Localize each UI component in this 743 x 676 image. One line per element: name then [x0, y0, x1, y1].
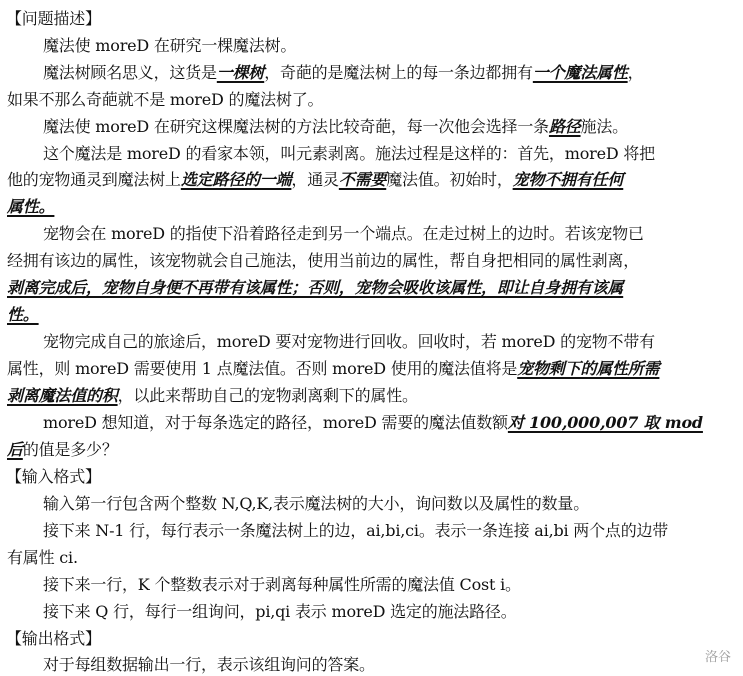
- luogu-watermark: 洛谷: [705, 646, 731, 665]
- emphasis: 宠物不拥有任何: [513, 170, 624, 189]
- paragraph-cont: 经拥有该边的属性，该宠物就会自己施法，使用当前边的属性，帮自身把相同的属性剥离，: [7, 248, 639, 274]
- emphasis: 不需要: [339, 170, 386, 189]
- emphasis: 后: [7, 440, 23, 459]
- emphasis: 剥离魔法值的积: [7, 386, 118, 405]
- paragraph-cont: 剥离完成后，宠物自身便不再带有该属性；否则，宠物会吸收该属性，即让自身拥有该属: [7, 275, 623, 301]
- paragraph: 接下来一行，K 个整数表示对于剥离每种属性所需的魔法值 Cost i。: [43, 572, 521, 598]
- paragraph: 接下来 N-1 行，每行表示一条魔法树上的边，ai,bi,ci。表示一条连接 a…: [43, 518, 668, 544]
- paragraph: 对于每组数据输出一行，表示该组询问的答案。: [43, 652, 375, 676]
- paragraph-cont: 有属性 ci.: [7, 545, 78, 571]
- paragraph: 输入第一行包含两个整数 N,Q,K,表示魔法树的大小，询问数以及属性的数量。: [43, 491, 589, 517]
- emphasis: 选定路径的一端: [181, 170, 292, 189]
- heading-input-format: 【输入格式】: [6, 464, 101, 490]
- paragraph-cont: 属性，则 moreD 需要使用 1 点魔法值。否则 moreD 使用的魔法值将是…: [7, 356, 659, 382]
- paragraph: 魔法树顾名思义，这货是一棵树，奇葩的是魔法树上的每一条边都拥有一个魔法属性，: [43, 60, 643, 86]
- emphasis: 对 100,000,007 取 mod: [508, 413, 703, 432]
- emphasis: 一个魔法属性: [533, 63, 628, 82]
- emphasis: 宠物剩下的属性所需: [517, 359, 659, 378]
- emphasis: 剥离完成后，宠物自身便不再带有该属性；否则，宠物会吸收该属性，即让自身拥有该属: [7, 278, 623, 297]
- emphasis: 路径: [549, 117, 581, 136]
- paragraph: 魔法使 moreD 在研究一棵魔法树。: [43, 33, 296, 59]
- emphasis: 一棵树: [217, 63, 264, 82]
- heading-description: 【问题描述】: [6, 6, 101, 32]
- paragraph: 接下来 Q 行，每行一组询问，pi,qi 表示 moreD 选定的施法路径。: [43, 599, 517, 625]
- paragraph-cont: 剥离魔法值的积，以此来帮助自己的宠物剥离剩下的属性。: [7, 383, 418, 409]
- emphasis: 属性。: [7, 197, 54, 216]
- paragraph: moreD 想知道，对于每条选定的路径，moreD 需要的魔法值数额对 100,…: [43, 410, 703, 436]
- paragraph-cont: 属性。: [7, 194, 54, 220]
- paragraph-cont: 后的值是多少？: [7, 437, 118, 463]
- paragraph-cont: 性。: [7, 302, 39, 328]
- paragraph-cont: 他的宠物通灵到魔法树上选定路径的一端，通灵不需要魔法值。初始时，宠物不拥有任何: [7, 167, 623, 193]
- paragraph-cont: 如果不那么奇葩就不是 moreD 的魔法树了。: [7, 87, 323, 113]
- heading-output-format: 【输出格式】: [6, 626, 101, 652]
- paragraph: 宠物会在 moreD 的指使下沿着路径走到另一个端点。在走过树上的边时。若该宠物…: [43, 221, 644, 247]
- paragraph: 魔法使 moreD 在研究这棵魔法树的方法比较奇葩，每一次他会选择一条路径施法。: [43, 114, 628, 140]
- paragraph: 这个魔法是 moreD 的看家本领，叫元素剥离。施法过程是这样的：首先，more…: [43, 141, 655, 167]
- emphasis: 性。: [7, 305, 39, 324]
- paragraph: 宠物完成自己的旅途后，moreD 要对宠物进行回收。回收时，若 moreD 的宠…: [43, 329, 655, 355]
